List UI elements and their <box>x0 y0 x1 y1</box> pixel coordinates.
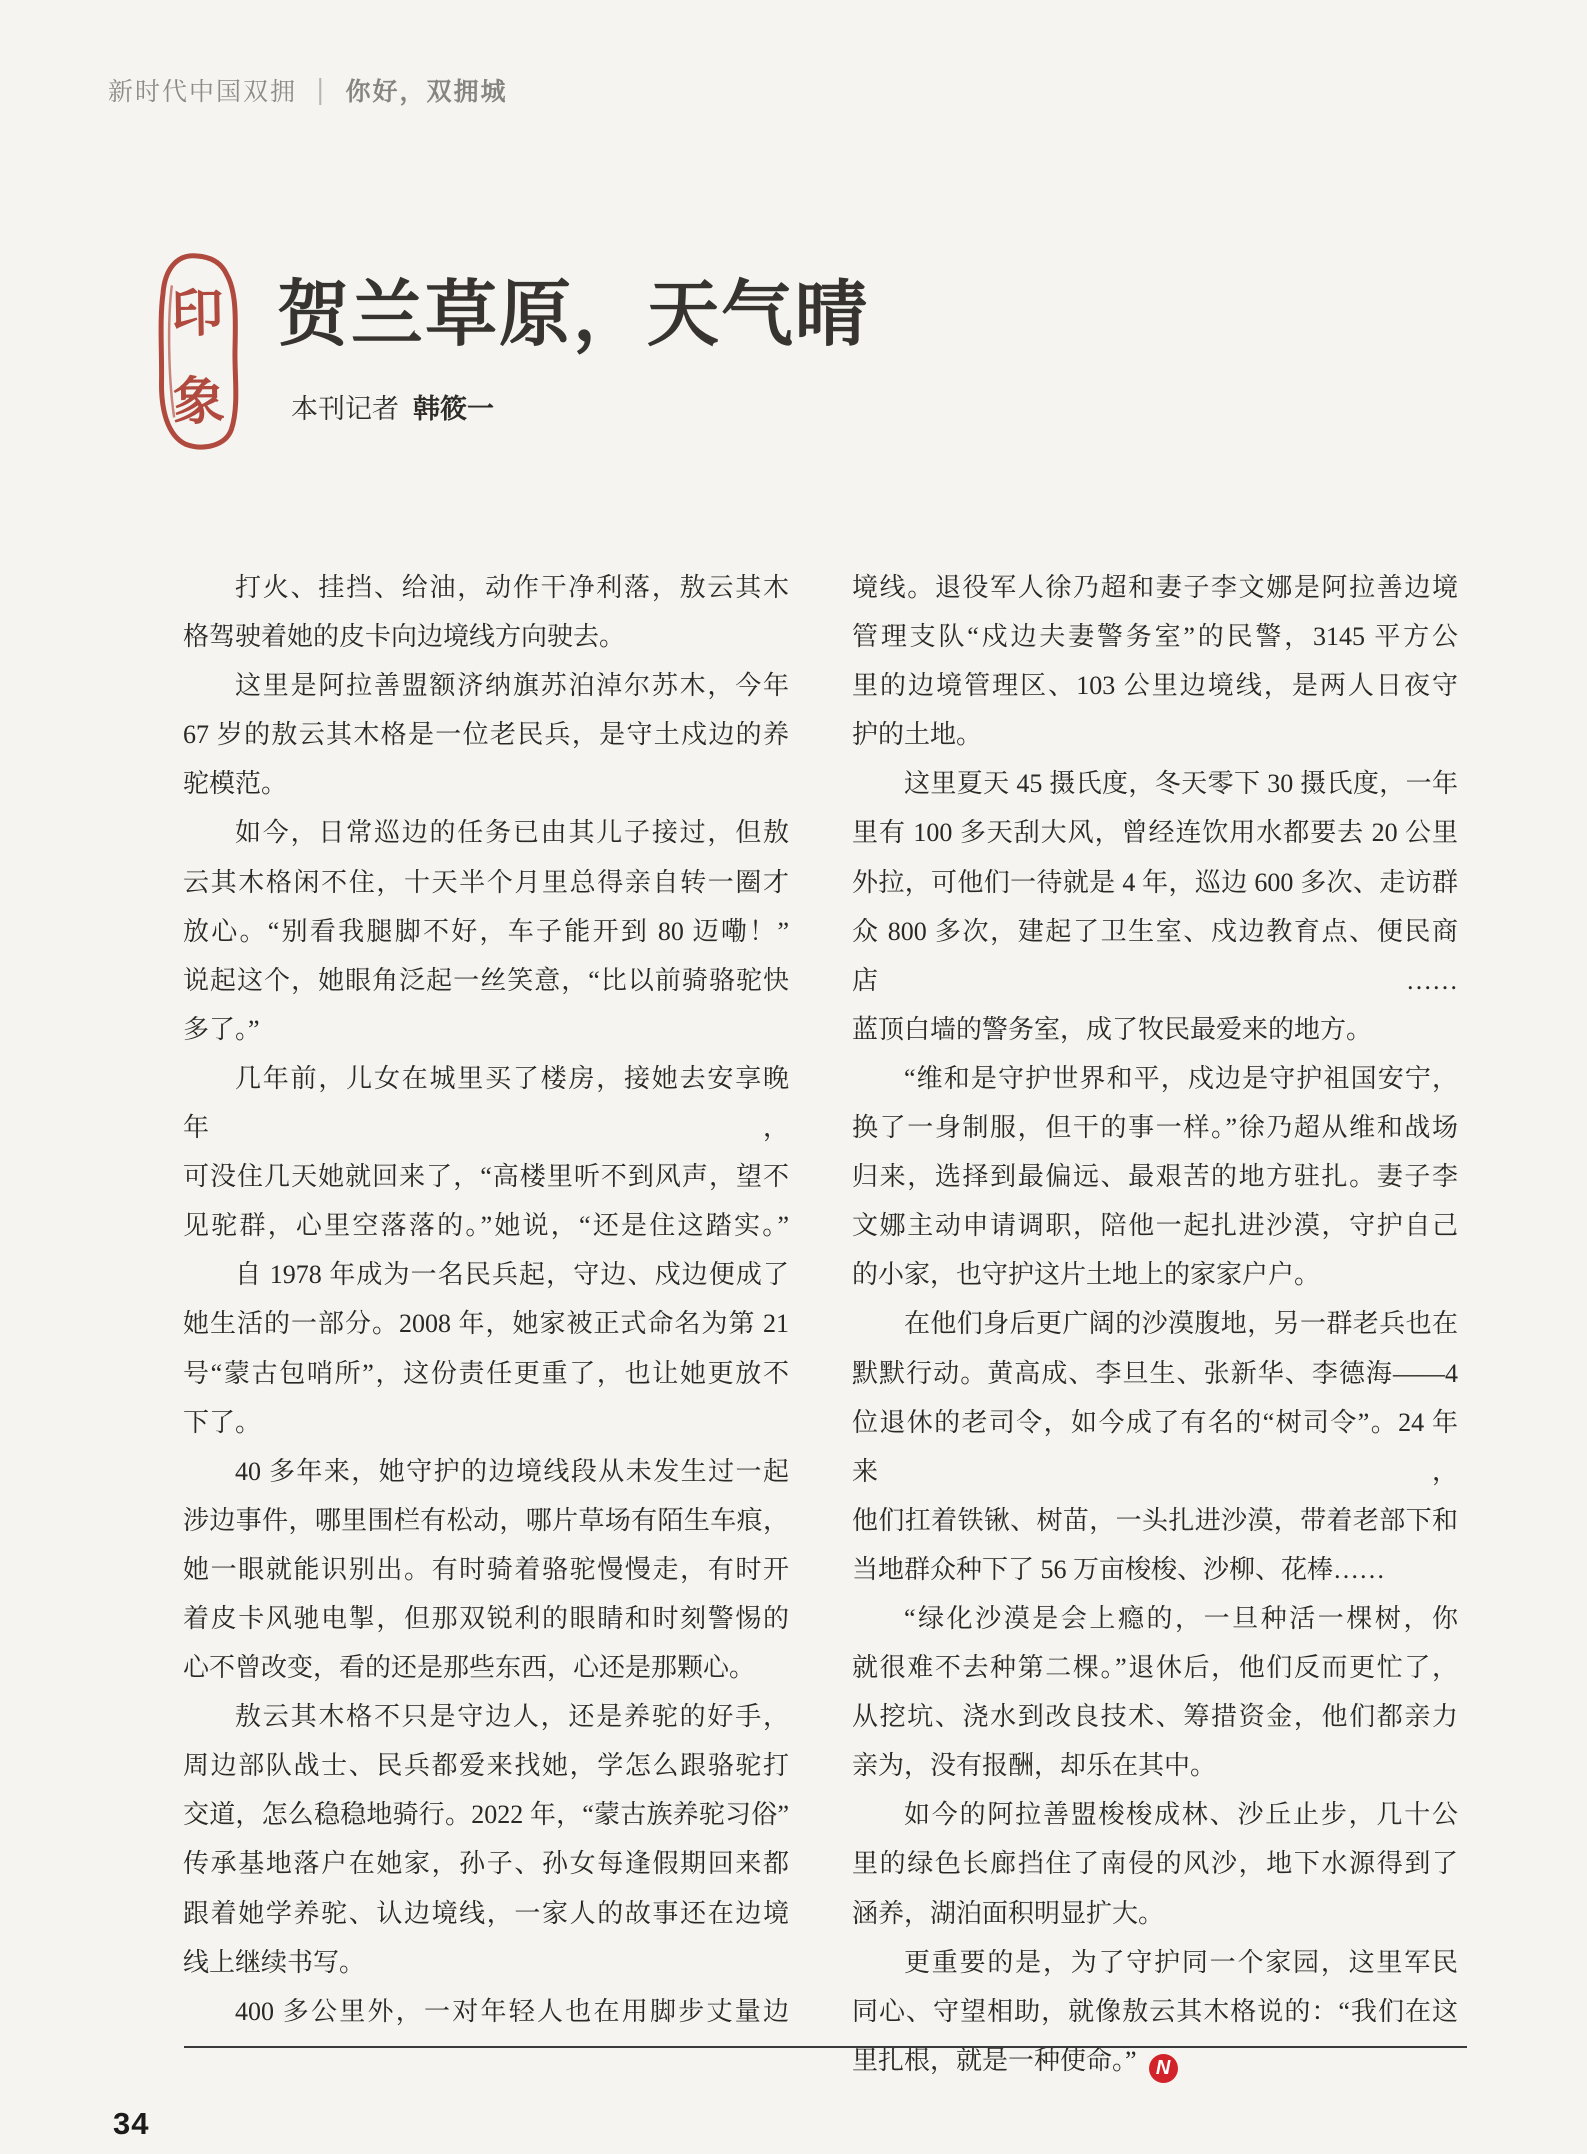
footer-rule <box>184 2046 1467 2048</box>
body-line: 文娜主动申请调职，陪他一起扎进沙漠，守护自己 <box>852 1201 1458 1250</box>
body-line: 多了。” <box>183 1005 789 1054</box>
body-line: 线上继续书写。 <box>183 1938 789 1987</box>
body-line: 涉边事件，哪里围栏有松动，哪片草场有陌生车痕， <box>183 1496 789 1545</box>
page-number: 34 <box>113 2106 149 2142</box>
body-line: 跟着她学养驼、认边境线，一家人的故事还在边境 <box>183 1889 789 1938</box>
body-line: 如今的阿拉善盟梭梭成林、沙丘止步，几十公 <box>852 1790 1458 1839</box>
body-line: 67 岁的敖云其木格是一位老民兵，是守土戍边的养 <box>183 710 789 759</box>
body-line: 格驾驶着她的皮卡向边境线方向驶去。 <box>183 612 789 661</box>
body-line: 着皮卡风驰电掣，但那双锐利的眼睛和时刻警惕的 <box>183 1594 789 1643</box>
running-head: 新时代中国双拥 | 你好，双拥城 <box>108 72 508 108</box>
body-line: 亲为，没有报酬，却乐在其中。 <box>852 1741 1458 1790</box>
body-line: 驼模范。 <box>183 759 789 808</box>
body-line: 从挖坑、浇水到改良技术、筹措资金，他们都亲力 <box>852 1692 1458 1741</box>
body-line: 交道，怎么稳稳地骑行。2022 年，“蒙古族养驼习俗” <box>183 1790 789 1839</box>
body-line: 里的边境管理区、103 公里边境线，是两人日夜守 <box>852 661 1458 710</box>
body-line: 里的绿色长廊挡住了南侵的风沙，地下水源得到了 <box>852 1839 1458 1888</box>
article-end-icon: N <box>1149 2054 1178 2083</box>
body-line: 同心、守望相助，就像敖云其木格说的：“我们在这 <box>852 1987 1458 2036</box>
body-line: 归来，选择到最偏远、最艰苦的地方驻扎。妻子李 <box>852 1152 1458 1201</box>
body-line: 打火、挂挡、给油，动作干净利落，敖云其木 <box>183 563 789 612</box>
body-column-left: 打火、挂挡、给油，动作干净利落，敖云其木格驾驶着她的皮卡向边境线方向驶去。这里是… <box>183 563 789 2036</box>
impression-stamp: 印 象 <box>147 248 249 454</box>
body-line: 她生活的一部分。2008 年，她家被正式命名为第 21 <box>183 1299 789 1348</box>
body-line: 他们扛着铁锹、树苗，一头扎进沙漠，带着老部下和 <box>852 1496 1458 1545</box>
body-line: 心不曾改变，看的还是那些东西，心还是那颗心。 <box>183 1643 789 1692</box>
byline-label: 本刊记者 <box>291 394 399 424</box>
running-head-feature: 你好，双拥城 <box>346 72 508 108</box>
body-line: 放心。“别看我腿脚不好，车子能开到 80 迈嘞！” <box>183 907 789 956</box>
body-line: 当地群众种下了 56 万亩梭梭、沙柳、花棒…… <box>852 1545 1458 1594</box>
body-line: 换了一身制服，但干的事一样。”徐乃超从维和战场 <box>852 1103 1458 1152</box>
body-line: 护的土地。 <box>852 710 1458 759</box>
body-line: 就很难不去种第二棵。”退休后，他们反而更忙了， <box>852 1643 1458 1692</box>
article-title: 贺兰草原，天气晴 <box>277 256 869 360</box>
body-line: 里扎根，就是一种使命。”N <box>852 2036 1458 2085</box>
body-line: 敖云其木格不只是守边人，还是养驼的好手， <box>183 1692 789 1741</box>
body-line: 说起这个，她眼角泛起一丝笑意，“比以前骑骆驼快 <box>183 956 789 1005</box>
body-line: 众 800 多次，建起了卫生室、戍边教育点、便民商店…… <box>852 907 1458 1005</box>
body-line: 号“蒙古包哨所”，这份责任更重了，也让她更放不 <box>183 1349 789 1398</box>
body-line: 几年前，儿女在城里买了楼房，接她去安享晚年， <box>183 1054 789 1152</box>
body-line: 涵养，湖泊面积明显扩大。 <box>852 1889 1458 1938</box>
body-line: 40 多年来，她守护的边境线段从未发生过一起 <box>183 1447 789 1496</box>
running-head-separator: | <box>317 73 326 106</box>
body-line: 默默行动。黄高成、李旦生、张新华、李德海——4 <box>852 1349 1458 1398</box>
body-line: “绿化沙漠是会上瘾的，一旦种活一棵树，你 <box>852 1594 1458 1643</box>
article-byline: 本刊记者韩筱一 <box>291 387 494 426</box>
body-line: 更重要的是，为了守护同一个家园，这里军民 <box>852 1938 1458 1987</box>
body-line: 这里夏天 45 摄氏度，冬天零下 30 摄氏度，一年 <box>852 759 1458 808</box>
body-line: 在他们身后更广阔的沙漠腹地，另一群老兵也在 <box>852 1299 1458 1348</box>
body-line: “维和是守护世界和平，戍边是守护祖国安宁， <box>852 1054 1458 1103</box>
magazine-page: 新时代中国双拥 | 你好，双拥城 印 象 贺兰草原，天气晴 本刊记者韩筱一 打火… <box>0 0 1587 2154</box>
body-line: 自 1978 年成为一名民兵起，守边、戍边便成了 <box>183 1250 789 1299</box>
body-line: 见驼群，心里空落落的。”她说，“还是住这踏实。” <box>183 1201 789 1250</box>
body-line: 这里是阿拉善盟额济纳旗苏泊淖尔苏木，今年 <box>183 661 789 710</box>
body-line: 位退休的老司令，如今成了有名的“树司令”。24 年来， <box>852 1398 1458 1496</box>
running-head-section: 新时代中国双拥 <box>108 72 297 108</box>
body-line: 周边部队战士、民兵都爱来找她，学怎么跟骆驼打 <box>183 1741 789 1790</box>
body-line: 管理支队“戍边夫妻警务室”的民警，3145 平方公 <box>852 612 1458 661</box>
byline-name: 韩筱一 <box>413 394 494 424</box>
body-line: 如今，日常巡边的任务已由其儿子接过，但敖 <box>183 808 789 857</box>
body-line: 传承基地落户在她家，孙子、孙女每逢假期回来都 <box>183 1839 789 1888</box>
stamp-char-bottom: 象 <box>149 376 248 430</box>
body-line: 下了。 <box>183 1398 789 1447</box>
body-line: 可没住几天她就回来了，“高楼里听不到风声，望不 <box>183 1152 789 1201</box>
body-line: 蓝顶白墙的警务室，成了牧民最爱来的地方。 <box>852 1005 1458 1054</box>
body-line: 她一眼就能识别出。有时骑着骆驼慢慢走，有时开 <box>183 1545 789 1594</box>
body-line: 400 多公里外，一对年轻人也在用脚步丈量边 <box>183 1987 789 2036</box>
body-line: 外拉，可他们一待就是 4 年，巡边 600 多次、走访群 <box>852 858 1458 907</box>
body-line: 里有 100 多天刮大风，曾经连饮用水都要去 20 公里 <box>852 808 1458 857</box>
body-line: 的小家，也守护这片土地上的家家户户。 <box>852 1250 1458 1299</box>
body-column-right: 境线。退役军人徐乃超和妻子李文娜是阿拉善边境管理支队“戍边夫妻警务室”的民警，3… <box>852 563 1458 2085</box>
stamp-char-top: 印 <box>148 288 247 342</box>
body-line: 境线。退役军人徐乃超和妻子李文娜是阿拉善边境 <box>852 563 1458 612</box>
body-line: 云其木格闲不住，十天半个月里总得亲自转一圈才 <box>183 858 789 907</box>
